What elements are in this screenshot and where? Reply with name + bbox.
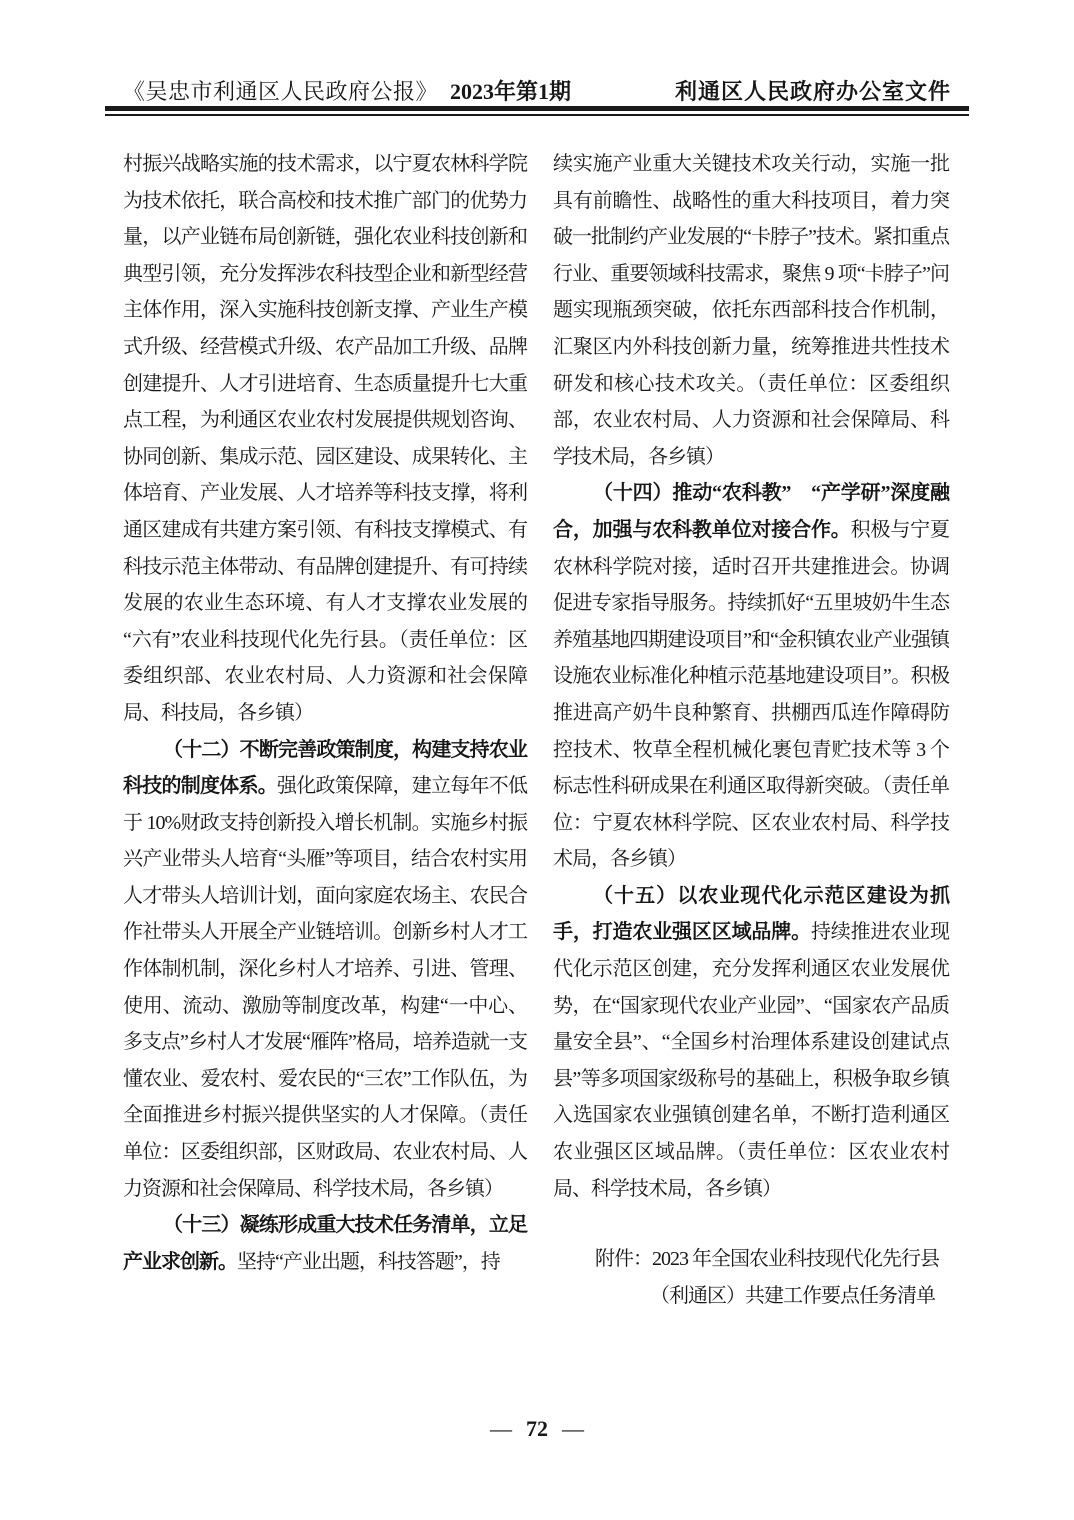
section-12-text: 强化政策保障，建立每年不低于 10%财政支持创新投入增长机制。实施乡村振兴产业带… <box>123 775 527 1200</box>
section-13-continuation-text: 续实施产业重大关键技术攻关行动，实施一批具有前瞻性、战略性的重大科技项目，着力突… <box>553 153 949 468</box>
attachment-title-part1: 2023 年全国农业科技现代化先行县 <box>652 1248 939 1270</box>
section-14-text: 积极与宁夏农林科学院对接，适时召开共建推进会。协调促进专家指导服务。持续抓好“五… <box>553 519 949 870</box>
issue-label: 2023年第1期 <box>450 79 571 105</box>
attachment-note: 附件：2023 年全国农业科技现代化先行县 （利通区）共建工作要点任务清单 <box>553 1241 949 1314</box>
continuation-paragraph-text: 村振兴战略实施的技术需求，以宁夏农林科学院为技术依托，联合高校和技术推广部门的优… <box>123 153 527 724</box>
footer-left-dash: — <box>490 1416 512 1441</box>
section-15-paragraph: （十五）以农业现代化示范区建设为抓手，打造农业强区区域品牌。持续推进农业现代化示… <box>553 878 949 1207</box>
attachment-title-part2: （利通区）共建工作要点任务清单 <box>650 1285 935 1307</box>
gazette-page: 《吴忠市利通区人民政府公报》 2023年第1期 利通区人民政府办公室文件 村振兴… <box>0 0 1074 1520</box>
footer-right-dash: — <box>562 1416 584 1441</box>
section-15-text: 持续推进农业现代化示范区创建，充分发挥利通区农业发展优势，在“国家现代农业产业园… <box>553 921 949 1199</box>
attachment-label: 附件： <box>595 1248 652 1270</box>
right-column: 续实施产业重大关键技术攻关行动，实施一批具有前瞻性、战略性的重大科技项目，着力突… <box>553 146 949 1314</box>
page-footer: —72— <box>0 1416 1074 1442</box>
page-header: 《吴忠市利通区人民政府公报》 2023年第1期 利通区人民政府办公室文件 <box>123 79 951 105</box>
section-14-paragraph: （十四）推动“农科教” “产学研”深度融合，加强与农科教单位对接合作。积极与宁夏… <box>553 475 949 878</box>
header-double-rule <box>105 106 969 116</box>
left-column: 村振兴战略实施的技术需求，以宁夏农林科学院为技术依托，联合高校和技术推广部门的优… <box>123 146 527 1280</box>
attachment-line-1: 附件：2023 年全国农业科技现代化先行县 <box>553 1241 949 1278</box>
section-13-text: 坚持“产业出题，科技答题”，持 <box>237 1251 500 1273</box>
rule-thick-line <box>105 106 969 111</box>
rule-thin-line <box>105 114 969 116</box>
section-12-paragraph: （十二）不断完善政策制度，构建支持农业科技的制度体系。强化政策保障，建立每年不低… <box>123 732 527 1208</box>
office-document-label: 利通区人民政府办公室文件 <box>675 79 951 105</box>
section-13-continuation-paragraph: 续实施产业重大关键技术攻关行动，实施一批具有前瞻性、战略性的重大科技项目，着力突… <box>553 146 949 475</box>
attachment-line-2: （利通区）共建工作要点任务清单 <box>553 1278 949 1315</box>
continuation-paragraph: 村振兴战略实施的技术需求，以宁夏农林科学院为技术依托，联合高校和技术推广部门的优… <box>123 146 527 732</box>
section-13-paragraph: （十三）凝练形成重大技术任务清单，立足产业求创新。坚持“产业出题，科技答题”，持 <box>123 1207 527 1280</box>
gazette-title: 《吴忠市利通区人民政府公报》 <box>123 79 438 105</box>
page-number: 72 <box>526 1416 548 1441</box>
